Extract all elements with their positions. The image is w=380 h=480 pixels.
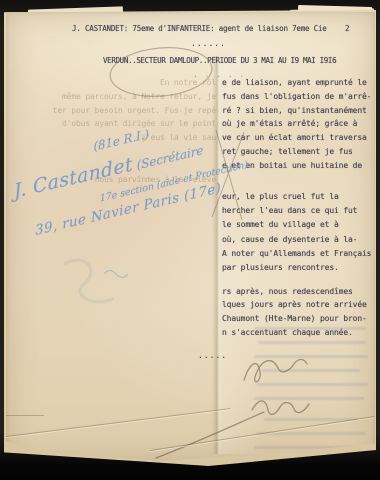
pencil-x-mark xyxy=(212,130,244,220)
scan-background: { "document": { "header": { "text": "J. … xyxy=(0,0,380,480)
blue-ink-flourish xyxy=(104,271,128,278)
left-edge-seam xyxy=(6,415,44,416)
paper-sheet: J. CASTANDET: 75eme d'INFANTERIE: agent … xyxy=(6,12,375,464)
pencil-annotations xyxy=(6,12,375,464)
blue-ink-bleed xyxy=(64,260,114,302)
pencil-signature xyxy=(156,360,309,459)
pencil-oval-circle xyxy=(108,44,214,101)
